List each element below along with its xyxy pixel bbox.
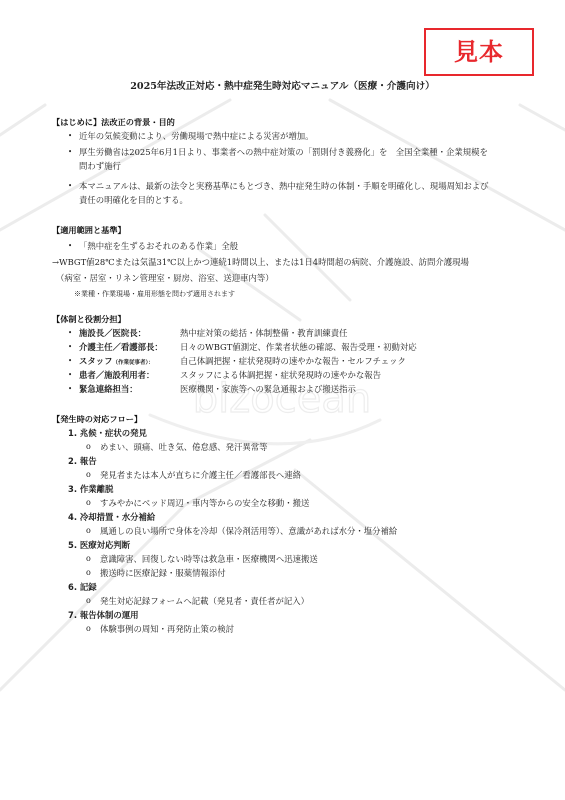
list-item-text: 近年の気候変動により、労働現場で熱中症による災害が増加。 bbox=[79, 129, 314, 143]
section-heading: 【発生時の対応フロー】 bbox=[52, 412, 522, 426]
role-label-sub: （作業従事者）： bbox=[113, 360, 154, 366]
role-label: 介護主任／看護部長： bbox=[79, 340, 163, 354]
role-label: 施設長／医院長： bbox=[79, 326, 146, 340]
flow-substep-text: 風通しの良い場所で身体を冷却（保冷剤活用等）、意識があれば水分・塩分補給 bbox=[100, 524, 397, 538]
role-description: 医療機関・家族等への緊急通報および搬送指示 bbox=[180, 382, 356, 396]
role-row: • 施設長／医院長： 熱中症対策の総括・体制整備・教育訓練責任 bbox=[52, 326, 522, 340]
role-description: 熱中症対策の総括・体制整備・教育訓練責任 bbox=[180, 326, 348, 340]
list-item-continuation: 問わず施行 bbox=[52, 159, 522, 173]
flow-substep: o発見者または本人が直ちに介護主任／看護部長へ連絡 bbox=[52, 468, 522, 482]
role-description: 自己体調把握・症状発現時の速やかな報告・セルフチェック bbox=[180, 354, 406, 368]
bullet-icon: • bbox=[68, 368, 72, 382]
list-item-text: 厚生労働省は2025年6月1日より、事業者への熱中症対策の「罰則付き義務化」を … bbox=[79, 145, 488, 159]
circle-bullet-icon: o bbox=[86, 496, 91, 510]
role-description: スタッフによる体調把握・症状発現時の速やかな報告 bbox=[180, 368, 381, 382]
flow-step-label: 2. 報告 bbox=[68, 454, 97, 468]
circle-bullet-icon: o bbox=[86, 524, 91, 538]
section-heading: 【はじめに】法改正の背景・目的 bbox=[52, 115, 522, 129]
flow-step: 1. 兆候・症状の発見 bbox=[52, 426, 522, 440]
role-label: 緊急連絡担当： bbox=[79, 382, 138, 396]
scope-note-text: ※業種・作業現場・雇用形態を問わず適用されます bbox=[74, 287, 235, 301]
role-label-main: スタッフ bbox=[79, 356, 113, 366]
list-item-continuation: 責任の明確化を目的とする。 bbox=[52, 193, 522, 207]
circle-bullet-icon: o bbox=[86, 468, 91, 482]
flow-substep: oめまい、頭痛、吐き気、倦怠感、発汗異常等 bbox=[52, 440, 522, 454]
flow-step-label: 1. 兆候・症状の発見 bbox=[68, 426, 147, 440]
circle-bullet-icon: o bbox=[86, 594, 91, 608]
list-item-text: 責任の明確化を目的とする。 bbox=[79, 193, 188, 207]
list-item: • 本マニュアルは、最新の法令と実務基準にもとづき、熱中症発生時の体制・手順を明… bbox=[52, 179, 522, 193]
bullet-icon: • bbox=[68, 382, 72, 396]
list-item-text: 本マニュアルは、最新の法令と実務基準にもとづき、熱中症発生時の体制・手順を明確化… bbox=[79, 179, 489, 193]
bullet-icon: • bbox=[68, 129, 72, 143]
flow-step: 6. 記録 bbox=[52, 580, 522, 594]
role-row: • 患者／施設利用者： スタッフによる体調把握・症状発現時の速やかな報告 bbox=[52, 368, 522, 382]
flow-substep: o体験事例の周知・再発防止策の検討 bbox=[52, 622, 522, 636]
list-item-text: 「熱中症を生ずるおそれのある作業」全般 bbox=[79, 239, 238, 253]
flow-substep-text: 発見者または本人が直ちに介護主任／看護部長へ連絡 bbox=[100, 468, 301, 482]
bullet-icon: • bbox=[68, 179, 72, 193]
scope-detail: （病室・居室・リネン管理室・厨房、浴室、送迎車内等） bbox=[52, 271, 522, 285]
scope-detail: →WBGT値28℃または気温31℃以上かつ連続1時間以上、または1日4時間超の病… bbox=[52, 255, 522, 269]
list-item: • 「熱中症を生ずるおそれのある作業」全般 bbox=[52, 239, 522, 253]
role-label: 患者／施設利用者： bbox=[79, 368, 154, 382]
list-item: • 厚生労働省は2025年6月1日より、事業者への熱中症対策の「罰則付き義務化」… bbox=[52, 145, 522, 159]
flow-substep: o風通しの良い場所で身体を冷却（保冷剤活用等）、意識があれば水分・塩分補給 bbox=[52, 524, 522, 538]
list-item: • 近年の気候変動により、労働現場で熱中症による災害が増加。 bbox=[52, 129, 522, 143]
section-roles: 【体制と役割分担】 • 施設長／医院長： 熱中症対策の総括・体制整備・教育訓練責… bbox=[52, 312, 522, 396]
flow-step-label: 5. 医療対応判断 bbox=[68, 538, 130, 552]
list-item-text: 問わず施行 bbox=[79, 159, 121, 173]
bullet-icon: • bbox=[68, 354, 72, 368]
role-row: • 介護主任／看護部長： 日々のWBGT値測定、作業者状態の確認、報告受理・初動… bbox=[52, 340, 522, 354]
flow-step: 4. 冷却措置・水分補給 bbox=[52, 510, 522, 524]
bullet-icon: • bbox=[68, 326, 72, 340]
circle-bullet-icon: o bbox=[86, 552, 91, 566]
flow-substep-text: 意識障害、回復しない時等は救急車・医療機関へ迅速搬送 bbox=[100, 552, 318, 566]
circle-bullet-icon: o bbox=[86, 566, 91, 580]
flow-substep-text: 発生対応記録フォームへ記載（発見者・責任者が記入） bbox=[100, 594, 309, 608]
flow-substep-text: めまい、頭痛、吐き気、倦怠感、発汗異常等 bbox=[100, 440, 268, 454]
scope-detail-text: （病室・居室・リネン管理室・厨房、浴室、送迎車内等） bbox=[56, 271, 274, 285]
role-row: • スタッフ（作業従事者）： 自己体調把握・症状発現時の速やかな報告・セルフチェ… bbox=[52, 354, 522, 368]
flow-substep: o意識障害、回復しない時等は救急車・医療機関へ迅速搬送 bbox=[52, 552, 522, 566]
flow-substep: o搬送時に医療記録・服薬情報添付 bbox=[52, 566, 522, 580]
section-heading: 【適用範囲と基準】 bbox=[52, 223, 522, 237]
flow-substep-text: 体験事例の周知・再発防止策の検討 bbox=[100, 622, 234, 636]
section-heading: 【体制と役割分担】 bbox=[52, 312, 522, 326]
flow-step-label: 7. 報告体制の運用 bbox=[68, 608, 139, 622]
flow-substep-text: 搬送時に医療記録・服薬情報添付 bbox=[100, 566, 226, 580]
section-scope: 【適用範囲と基準】 • 「熱中症を生ずるおそれのある作業」全般 →WBGT値28… bbox=[52, 223, 522, 301]
flow-step: 3. 作業離脱 bbox=[52, 482, 522, 496]
flow-step-label: 3. 作業離脱 bbox=[68, 482, 113, 496]
role-description: 日々のWBGT値測定、作業者状態の確認、報告受理・初動対応 bbox=[180, 340, 417, 354]
circle-bullet-icon: o bbox=[86, 440, 91, 454]
circle-bullet-icon: o bbox=[86, 622, 91, 636]
flow-step: 5. 医療対応判断 bbox=[52, 538, 522, 552]
role-row: • 緊急連絡担当： 医療機関・家族等への緊急通報および搬送指示 bbox=[52, 382, 522, 396]
scope-note: ※業種・作業現場・雇用形態を問わず適用されます bbox=[52, 287, 522, 301]
flow-substep: o発生対応記録フォームへ記載（発見者・責任者が記入） bbox=[52, 594, 522, 608]
bullet-icon: • bbox=[68, 239, 72, 253]
flow-step-label: 4. 冷却措置・水分補給 bbox=[68, 510, 155, 524]
bullet-icon: • bbox=[68, 340, 72, 354]
document-title: 2025年法改正対応・熱中症発生時対応マニュアル（医療・介護向け） bbox=[0, 78, 565, 92]
flow-step: 7. 報告体制の運用 bbox=[52, 608, 522, 622]
section-flow: 【発生時の対応フロー】 1. 兆候・症状の発見 oめまい、頭痛、吐き気、倦怠感、… bbox=[52, 412, 522, 636]
flow-substep: oすみやかにベッド周辺・車内等からの安全な移動・搬送 bbox=[52, 496, 522, 510]
scope-detail-text: →WBGT値28℃または気温31℃以上かつ連続1時間以上、または1日4時間超の病… bbox=[52, 255, 469, 269]
flow-step-label: 6. 記録 bbox=[68, 580, 97, 594]
sample-stamp: 見本 bbox=[424, 28, 534, 76]
bullet-icon: • bbox=[68, 145, 72, 159]
flow-substep-text: すみやかにベッド周辺・車内等からの安全な移動・搬送 bbox=[100, 496, 309, 510]
flow-step: 2. 報告 bbox=[52, 454, 522, 468]
section-intro: 【はじめに】法改正の背景・目的 • 近年の気候変動により、労働現場で熱中症による… bbox=[52, 115, 522, 207]
